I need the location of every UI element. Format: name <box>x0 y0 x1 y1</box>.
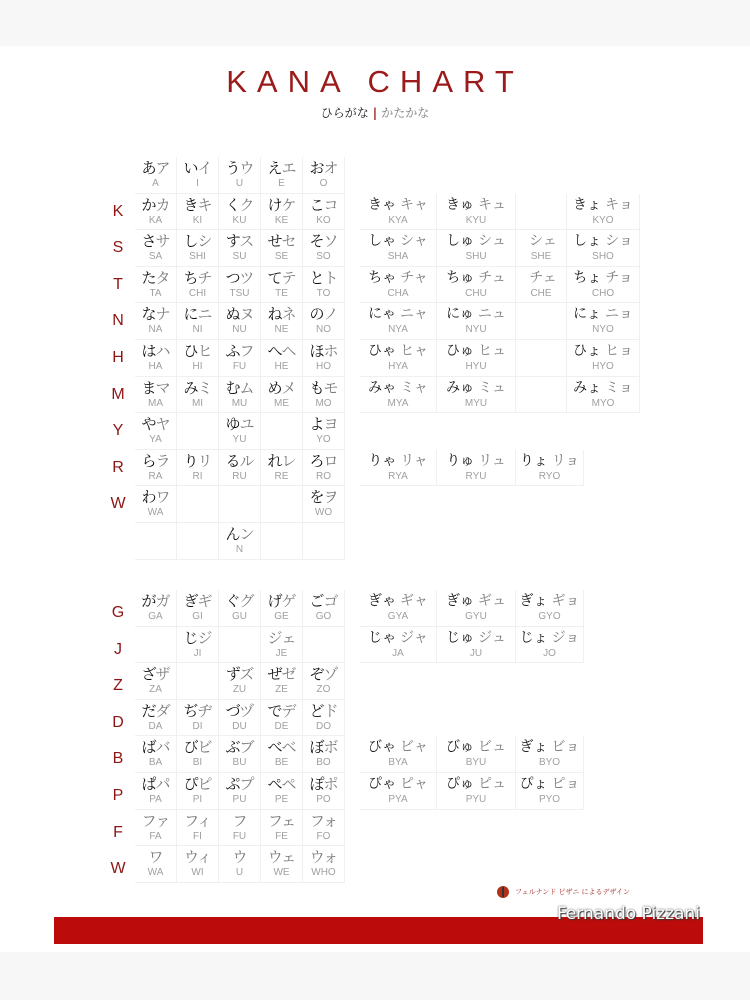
kana-glyphs: まマ <box>135 379 176 397</box>
kana-cell: ぴピPI <box>177 773 219 810</box>
hiragana: な <box>141 305 155 323</box>
kana-cell: チェCHE <box>516 267 567 304</box>
romaji: HE <box>261 361 302 373</box>
hiragana: ぷ <box>225 775 239 793</box>
kana-glyphs: ワ <box>135 848 176 866</box>
kana-cell: フィFI <box>177 810 219 847</box>
romaji: O <box>303 178 344 190</box>
kana-glyphs: ぢヂ <box>177 702 218 720</box>
empty-cell <box>177 523 219 560</box>
kana-cell: わワWA <box>135 486 177 523</box>
romaji: KO <box>303 215 344 227</box>
romaji: BE <box>261 757 302 769</box>
romaji: YA <box>135 434 176 446</box>
kana-glyphs: だダ <box>135 702 176 720</box>
kana-glyphs: ぎょビョ <box>516 738 583 756</box>
katakana: ク <box>240 196 254 214</box>
kana-cell: でデDE <box>261 700 303 737</box>
romaji: ZU <box>219 684 260 696</box>
empty-cell <box>516 303 567 340</box>
hiragana: ぴゃ <box>368 776 396 792</box>
katakana: ニャ <box>400 306 428 322</box>
katakana: リ <box>198 452 212 470</box>
katakana: ム <box>240 379 254 397</box>
hiragana: りゃ <box>368 453 396 469</box>
katakana: ビュ <box>478 739 506 755</box>
hiragana: ぶ <box>225 738 239 756</box>
hiragana: ぎょ <box>520 739 548 755</box>
kana-cell: ひゃヒャHYA <box>360 340 437 377</box>
katakana: ヲ <box>324 488 338 506</box>
katakana: チュ <box>478 270 506 286</box>
romaji: RO <box>303 471 344 483</box>
kana-cell: ほホHO <box>303 340 345 377</box>
kana-cell: のノNO <box>303 303 345 340</box>
katakana: ピャ <box>400 776 428 792</box>
katakana: ケ <box>282 196 296 214</box>
romaji: DE <box>261 721 302 733</box>
subtitle-hiragana: ひらがな <box>321 106 369 120</box>
romaji: MO <box>303 398 344 410</box>
romaji: SHE <box>516 251 566 263</box>
hiragana: みゃ <box>368 380 396 396</box>
kana-glyphs: みゅミュ <box>437 379 515 397</box>
hiragana: しょ <box>573 233 601 249</box>
romaji: ZE <box>261 684 302 696</box>
kana-cell: ひゅヒュHYU <box>437 340 516 377</box>
romaji: HA <box>135 361 176 373</box>
kana-glyphs: ごゴ <box>303 592 344 610</box>
kana-cell: りょリョRYO <box>516 450 584 487</box>
hiragana: け <box>267 196 281 214</box>
kana-glyphs: ひゃヒャ <box>360 342 436 360</box>
empty-cell <box>135 523 177 560</box>
romaji: GA <box>135 611 176 623</box>
hiragana: や <box>141 415 155 433</box>
romaji: U <box>219 178 260 190</box>
katakana: ン <box>240 525 254 543</box>
katakana: バ <box>156 738 170 756</box>
kana-glyphs: べベ <box>261 738 302 756</box>
kana-cell: かカKA <box>135 194 177 231</box>
katakana: チェ <box>529 270 557 286</box>
empty-cell <box>177 663 219 700</box>
katakana: ウィ <box>184 848 211 866</box>
romaji: FU <box>219 831 260 843</box>
kana-glyphs: ちゃチャ <box>360 269 436 287</box>
romaji: RYO <box>516 471 583 483</box>
katakana: チ <box>198 269 212 287</box>
romaji: DU <box>219 721 260 733</box>
hiragana: ぎょ <box>520 593 548 609</box>
romaji: BU <box>219 757 260 769</box>
romaji: RYA <box>360 471 436 483</box>
romaji: GO <box>303 611 344 623</box>
katakana: ア <box>156 159 170 177</box>
katakana: グ <box>240 592 254 610</box>
kana-cell: ウィWI <box>177 846 219 883</box>
hiragana: きゅ <box>446 197 474 213</box>
kana-cell: きゅキュKYU <box>437 194 516 231</box>
empty-cell <box>135 627 177 664</box>
katakana: ミョ <box>605 380 633 396</box>
katakana: ウ <box>240 159 254 177</box>
kana-glyphs: でデ <box>261 702 302 720</box>
kana-glyphs: チェ <box>516 269 566 287</box>
romaji: BYU <box>437 757 515 769</box>
ladybug-icon <box>497 886 509 898</box>
hiragana: ぐ <box>225 592 239 610</box>
romaji: FO <box>303 831 344 843</box>
katakana: キ <box>198 196 212 214</box>
hiragana: づ <box>226 702 240 720</box>
romaji: GE <box>261 611 302 623</box>
hiragana: ゆ <box>225 415 239 433</box>
kana-glyphs: げゲ <box>261 592 302 610</box>
kana-cell: しゃシャSHA <box>360 230 437 267</box>
katakana: メ <box>282 379 296 397</box>
hiragana: にょ <box>573 306 601 322</box>
kana-glyphs: んン <box>219 525 260 543</box>
katakana: ショ <box>605 233 633 249</box>
row-label: G <box>108 604 128 622</box>
kana-cell: らラRA <box>135 450 177 487</box>
katakana: ゾ <box>324 665 338 683</box>
kana-glyphs: にニ <box>177 305 218 323</box>
katakana: ヤ <box>156 415 170 433</box>
katakana: ビョ <box>552 739 580 755</box>
hiragana: に <box>183 305 197 323</box>
kana-cell: ぞゾZO <box>303 663 345 700</box>
kana-cell: ねネNE <box>261 303 303 340</box>
kana-glyphs: にゅニュ <box>437 305 515 323</box>
kana-glyphs: もモ <box>303 379 344 397</box>
kana-glyphs: めメ <box>261 379 302 397</box>
kana-cell: フォFO <box>303 810 345 847</box>
romaji: CHI <box>177 288 218 300</box>
kana-cell: づヅDU <box>219 700 261 737</box>
hiragana: りょ <box>520 453 548 469</box>
romaji: DI <box>177 721 218 733</box>
katakana: ツ <box>239 269 253 287</box>
romaji: PU <box>219 794 260 806</box>
katakana: ビャ <box>400 739 428 755</box>
katakana: ギャ <box>400 593 428 609</box>
katakana: デ <box>282 702 296 720</box>
romaji: TO <box>303 288 344 300</box>
kana-cell: にゃニャNYA <box>360 303 437 340</box>
romaji: WHO <box>303 867 344 879</box>
hiragana: ぎゅ <box>446 593 474 609</box>
kana-cell: にゅニュNYU <box>437 303 516 340</box>
kana-glyphs: ぴピ <box>177 775 218 793</box>
kana-cell: みゃミャMYA <box>360 377 437 414</box>
hiragana: だ <box>141 702 155 720</box>
kana-cell: ウU <box>219 846 261 883</box>
romaji: RI <box>177 471 218 483</box>
kana-cell: さサSA <box>135 230 177 267</box>
kana-glyphs: じジ <box>177 629 218 647</box>
kana-glyphs: ゆユ <box>219 415 260 433</box>
subtitle-separator: | <box>373 106 377 120</box>
hiragana: ぜ <box>267 665 281 683</box>
hiragana: ろ <box>309 452 323 470</box>
kana-glyphs: るル <box>219 452 260 470</box>
kana-cell: じゃジャJA <box>360 627 437 664</box>
row-label: P <box>108 787 128 805</box>
hiragana: きょ <box>573 197 601 213</box>
katakana: ゴ <box>324 592 338 610</box>
kana-glyphs: そソ <box>303 232 344 250</box>
katakana: シュ <box>478 233 506 249</box>
romaji: ZA <box>135 684 176 696</box>
katakana: チャ <box>400 270 428 286</box>
katakana: シェ <box>529 233 557 249</box>
kana-cell: ぼボBO <box>303 736 345 773</box>
hiragana: た <box>141 269 155 287</box>
hiragana: み <box>183 379 197 397</box>
kana-cell: びゃビャBYA <box>360 736 437 773</box>
kana-glyphs: ぴゅピュ <box>437 775 515 793</box>
romaji: PYU <box>437 794 515 806</box>
kana-glyphs: みゃミャ <box>360 379 436 397</box>
hiragana: ぼ <box>309 738 323 756</box>
kana-glyphs: きゃキャ <box>360 196 436 214</box>
kana-glyphs: いイ <box>177 159 218 177</box>
hiragana: ちゅ <box>446 270 474 286</box>
kana-glyphs: ちゅチュ <box>437 269 515 287</box>
katakana: マ <box>156 379 170 397</box>
romaji: PO <box>303 794 344 806</box>
hiragana: ね <box>267 305 281 323</box>
romaji: CHE <box>516 288 566 300</box>
kana-glyphs: ファ <box>135 812 176 830</box>
kana-glyphs: ばバ <box>135 738 176 756</box>
katakana: ス <box>239 232 253 250</box>
kana-cell: ずズZU <box>219 663 261 700</box>
kana-cell: るルRU <box>219 450 261 487</box>
romaji: FA <box>135 831 176 843</box>
kana-glyphs: みミ <box>177 379 218 397</box>
kana-cell: はハHA <box>135 340 177 377</box>
empty-cell <box>516 194 567 231</box>
chart-sheet: KANA CHART ひらがな|かたかな KSTNHMYRW あアAいイIうウU… <box>0 46 750 952</box>
romaji: HI <box>177 361 218 373</box>
kana-glyphs: フ <box>219 812 260 830</box>
empty-cell <box>219 627 261 664</box>
hiragana: で <box>267 702 281 720</box>
kana-cell: ちチCHI <box>177 267 219 304</box>
kana-cell: みゅミュMYU <box>437 377 516 414</box>
katakana: キュ <box>478 197 506 213</box>
kana-cell: ぷプPU <box>219 773 261 810</box>
hiragana: ま <box>141 379 155 397</box>
kana-cell: フェFE <box>261 810 303 847</box>
katakana: レ <box>282 452 296 470</box>
romaji: MYA <box>360 398 436 410</box>
katakana: ウォ <box>310 848 337 866</box>
kana-glyphs: むム <box>219 379 260 397</box>
hiragana: ひょ <box>573 343 601 359</box>
romaji: SE <box>261 251 302 263</box>
kana-glyphs: くク <box>219 196 260 214</box>
kana-cell: りリRI <box>177 450 219 487</box>
kana-cell: うウU <box>219 157 261 194</box>
kana-glyphs: なナ <box>135 305 176 323</box>
romaji: N <box>219 544 260 556</box>
kana-cell: ぢヂDI <box>177 700 219 737</box>
kana-glyphs: ぐグ <box>219 592 260 610</box>
kana-glyphs: ぞゾ <box>303 665 344 683</box>
katakana: キャ <box>400 197 428 213</box>
row-label: Y <box>108 422 128 440</box>
hiragana: ひ <box>183 342 197 360</box>
kana-cell: そソSO <box>303 230 345 267</box>
hiragana: りゅ <box>446 453 474 469</box>
kana-cell: ゆユYU <box>219 413 261 450</box>
kana-glyphs: ぜゼ <box>261 665 302 683</box>
katakana: ド <box>324 702 338 720</box>
kana-cell: ジェJE <box>261 627 303 664</box>
kana-glyphs: みょミョ <box>567 379 639 397</box>
kana-cell: よヨYO <box>303 413 345 450</box>
katakana: シ <box>198 232 212 250</box>
hiragana: ちょ <box>573 270 601 286</box>
hiragana: る <box>225 452 239 470</box>
kana-glyphs: ふフ <box>219 342 260 360</box>
kana-cell: がガGA <box>135 590 177 627</box>
kana-glyphs: のノ <box>303 305 344 323</box>
romaji: BI <box>177 757 218 769</box>
hiragana: よ <box>309 415 323 433</box>
hiragana: ご <box>309 592 323 610</box>
hiragana: げ <box>267 592 281 610</box>
kana-glyphs: ジェ <box>261 629 302 647</box>
kana-cell: きキKI <box>177 194 219 231</box>
katakana: ヅ <box>239 702 253 720</box>
hiragana: じょ <box>520 630 548 646</box>
kana-glyphs: ぎゅギュ <box>437 592 515 610</box>
kana-cell: せセSE <box>261 230 303 267</box>
katakana: コ <box>324 196 338 214</box>
kana-cell: フFU <box>219 810 261 847</box>
katakana: オ <box>324 159 338 177</box>
kana-cell: やヤYA <box>135 413 177 450</box>
romaji: TA <box>135 288 176 300</box>
hiragana: と <box>309 269 323 287</box>
hiragana: の <box>309 305 323 323</box>
hiragana: く <box>225 196 239 214</box>
kana-glyphs: ぷプ <box>219 775 260 793</box>
katakana: ホ <box>324 342 338 360</box>
katakana: フェ <box>268 812 295 830</box>
katakana: セ <box>282 232 296 250</box>
page-title: KANA CHART <box>0 64 750 100</box>
katakana: ボ <box>324 738 338 756</box>
watermark: Fernando Pizzani <box>557 904 700 924</box>
romaji: KYO <box>567 215 639 227</box>
kana-glyphs: ぱパ <box>135 775 176 793</box>
romaji: SHU <box>437 251 515 263</box>
kana-glyphs: きょキョ <box>567 196 639 214</box>
katakana: ポ <box>324 775 338 793</box>
katakana: ビ <box>198 738 212 756</box>
katakana: エ <box>282 159 296 177</box>
hiragana: ん <box>225 525 239 543</box>
empty-cell <box>303 523 345 560</box>
romaji: RYU <box>437 471 515 483</box>
kana-glyphs: ぎギ <box>177 592 218 610</box>
kana-glyphs: ぽポ <box>303 775 344 793</box>
kana-glyphs: ざザ <box>135 665 176 683</box>
katakana: ジョ <box>552 630 580 646</box>
kana-glyphs: フォ <box>303 812 344 830</box>
romaji: JI <box>177 648 218 660</box>
katakana: フィ <box>184 812 211 830</box>
hiragana: ひゅ <box>446 343 474 359</box>
kana-glyphs: にょニョ <box>567 305 639 323</box>
katakana: ピ <box>198 775 212 793</box>
katakana: フ <box>232 812 246 830</box>
kana-glyphs: ぴょピョ <box>516 775 583 793</box>
kana-cell: ワWA <box>135 846 177 883</box>
hiragana: い <box>183 159 197 177</box>
kana-cell: とトTO <box>303 267 345 304</box>
kana-cell: ぎゃギャGYA <box>360 590 437 627</box>
romaji: RU <box>219 471 260 483</box>
hiragana: え <box>267 159 281 177</box>
kana-cell: シェSHE <box>516 230 567 267</box>
kana-cell: もモMO <box>303 377 345 414</box>
empty-cell <box>261 413 303 450</box>
romaji: PE <box>261 794 302 806</box>
hiragana: ぬ <box>225 305 239 323</box>
kana-glyphs: をヲ <box>303 488 344 506</box>
kana-cell: しょショSHO <box>567 230 640 267</box>
kana-glyphs: わワ <box>135 488 176 506</box>
hiragana: ち <box>183 269 197 287</box>
katakana: チョ <box>605 270 633 286</box>
katakana: ベ <box>282 738 296 756</box>
katakana: フ <box>240 342 254 360</box>
romaji: SHO <box>567 251 639 263</box>
katakana: カ <box>156 196 170 214</box>
hiragana: ちゃ <box>368 270 396 286</box>
kana-cell: えエE <box>261 157 303 194</box>
kana-cell: ばバBA <box>135 736 177 773</box>
kana-cell: ふフFU <box>219 340 261 377</box>
romaji: I <box>177 178 218 190</box>
kana-glyphs: びゃビャ <box>360 738 436 756</box>
hiragana: にゅ <box>446 306 474 322</box>
hiragana: ぴゅ <box>446 776 474 792</box>
romaji: NA <box>135 324 176 336</box>
kana-cell: ぎょギョGYO <box>516 590 584 627</box>
kana-cell: ごゴGO <box>303 590 345 627</box>
romaji: NE <box>261 324 302 336</box>
kana-glyphs: ろロ <box>303 452 344 470</box>
katakana: ゲ <box>282 592 296 610</box>
kana-glyphs: うウ <box>219 159 260 177</box>
hiragana: にゃ <box>368 306 396 322</box>
kana-glyphs: ウィ <box>177 848 218 866</box>
empty-cell <box>177 413 219 450</box>
hiragana: しゃ <box>368 233 396 249</box>
kana-glyphs: しょショ <box>567 232 639 250</box>
kana-glyphs: てテ <box>261 269 302 287</box>
kana-glyphs: えエ <box>261 159 302 177</box>
kana-glyphs: びゅビュ <box>437 738 515 756</box>
